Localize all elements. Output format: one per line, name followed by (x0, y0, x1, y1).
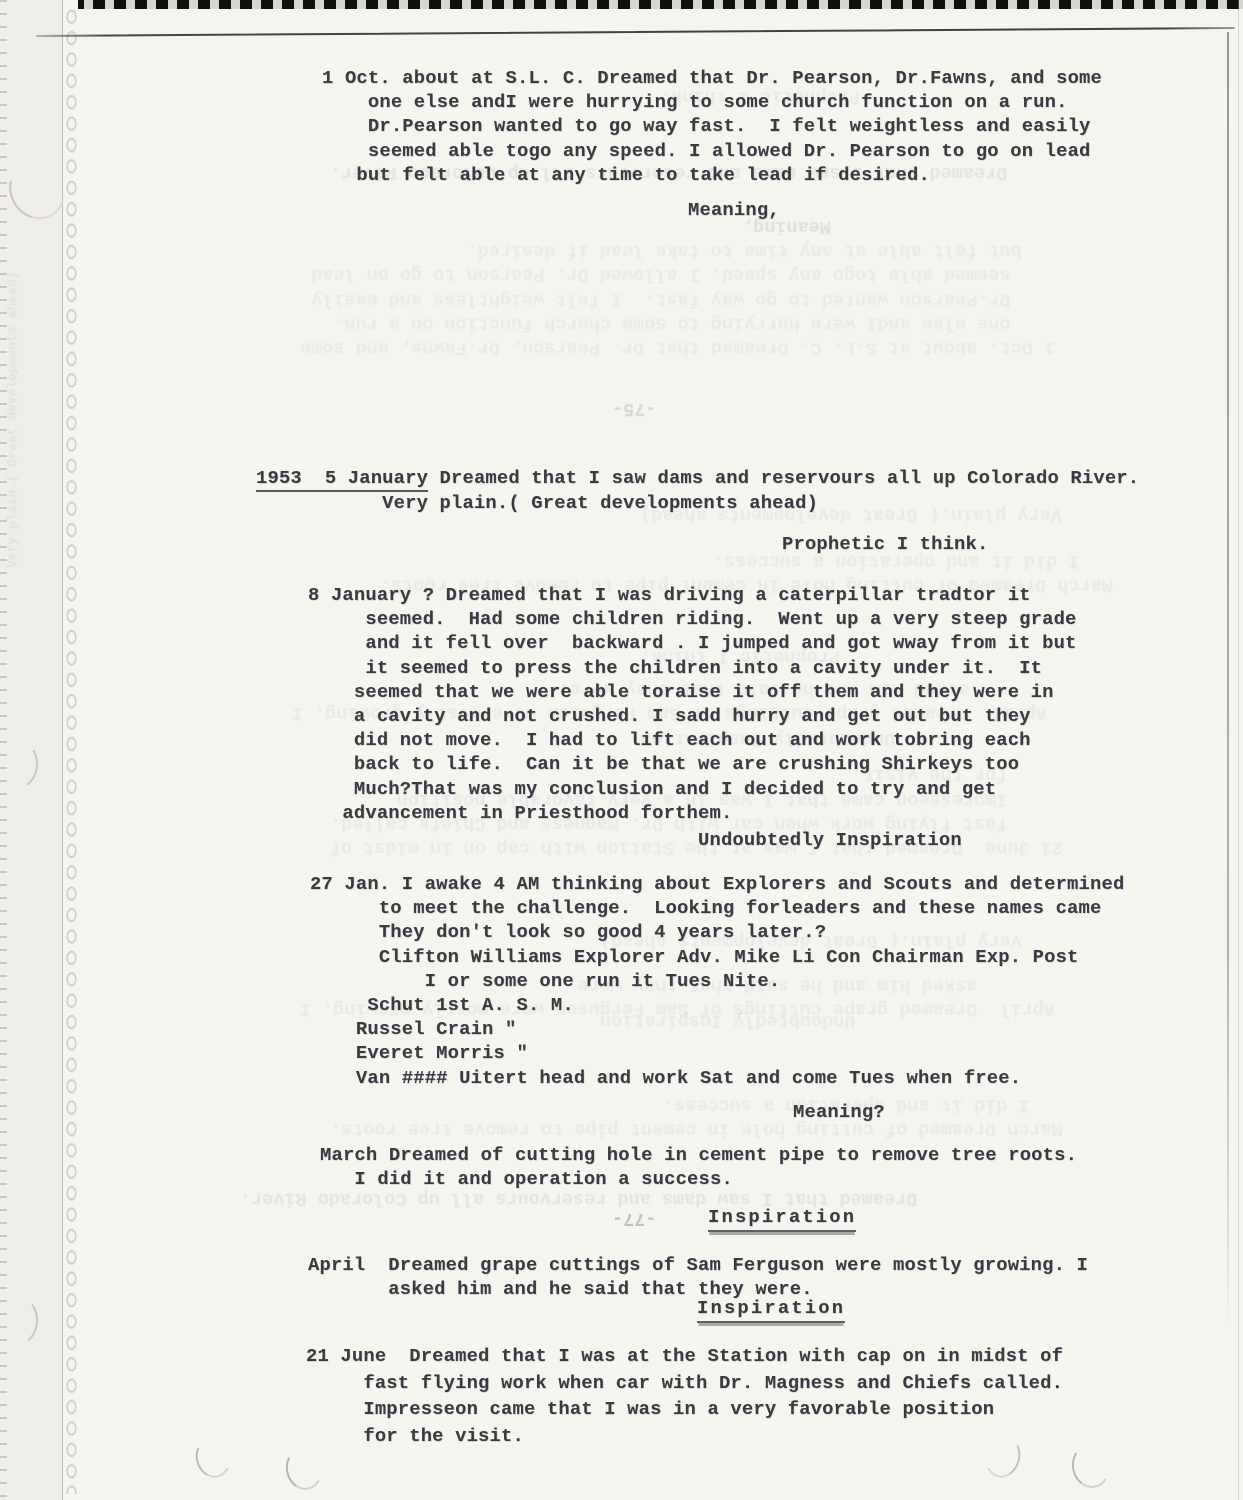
bleedthrough-text: March Dreamed of cutting hole in cement … (330, 1092, 1063, 1140)
page-top-edge-line (36, 27, 1235, 37)
entry-8-jan: 8 January ? Dreamed that I was driving a… (308, 583, 1077, 825)
scanner-edge-strip (78, 0, 1243, 9)
punch-hole-shadow (1068, 1441, 1113, 1491)
entry-text: Dreamed that I saw dams and reservours a… (428, 467, 1139, 489)
torn-perforation-edge (0, 0, 7, 1500)
scan-right-edge-line (1238, 0, 1239, 1500)
entry-april: April Dreamed grape cuttings of Sam Ferg… (308, 1253, 1088, 1301)
entry-27-jan: 27 Jan. I awake 4 AM thinking about Expl… (310, 872, 1124, 1090)
punch-hole-shadow (281, 1444, 326, 1493)
inspiration-underlined: Inspiration (708, 1206, 856, 1232)
entry-date-underlined: 1953 5 January (256, 467, 428, 492)
entry-21-june: 21 June Dreamed that I was at the Statio… (306, 1343, 1063, 1449)
scanned-typewritten-journal-page: Dreamed that I saw dams and reservours a… (0, 0, 1243, 1500)
prophetic-note: Prophetic I think. (782, 532, 988, 556)
page-left-edge-line (62, 0, 63, 1500)
ghost-page-number: -77- (612, 1206, 656, 1230)
faint-margin-scribble: Very plain.( Great developments ahead) (6, 268, 20, 568)
inspiration-note-2: Inspiration (697, 1296, 845, 1320)
left-margin-strip (0, 0, 62, 1500)
binder-perforation-holes (64, 6, 79, 1494)
meaning-heading: Meaning, (688, 198, 780, 222)
punch-hole-shadow (191, 1434, 236, 1483)
bleedthrough-text: 1 Oct. about at S.L. C. Dreamed that Dr.… (300, 238, 1055, 359)
entry-1953-5-jan-line2: Very plain.( Great developments ahead) (256, 491, 818, 515)
ghost-page-number: -75- (612, 396, 656, 420)
inspiration-underlined: Inspiration (697, 1297, 845, 1323)
page-right-edge-line (1227, 32, 1229, 1332)
entry-march: March Dreamed of cutting hole in cement … (320, 1143, 1077, 1191)
meaning-question-heading: Meaning? (793, 1100, 885, 1124)
entry-1953-5-jan: 1953 5 January Dreamed that I saw dams a… (256, 466, 1139, 490)
entry-1-oct: 1 Oct. about at S.L. C. Dreamed that Dr.… (322, 66, 1102, 187)
inspiration-note-1: Inspiration (708, 1205, 856, 1229)
undoubtedly-inspiration-note: Undoubtedly Inspiration (698, 828, 962, 852)
